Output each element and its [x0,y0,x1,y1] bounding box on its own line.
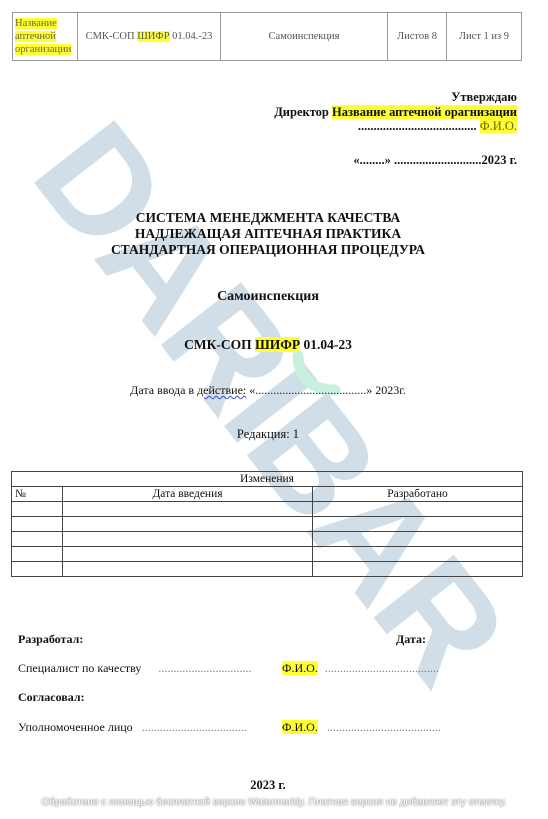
agreed-label: Согласовал: [18,690,85,705]
director-label: Директор [274,105,329,119]
agreed-date-dots: ...................................... [327,720,441,734]
cell[interactable] [313,532,523,547]
developed-label: Разработал: [18,632,83,647]
developer-signature-dots: ............................... [158,661,251,675]
changes-table: Изменения № Дата введения Разработано [11,471,523,577]
cell[interactable] [63,547,313,562]
cell[interactable] [63,562,313,577]
cell[interactable] [313,517,523,532]
org-name-highlight: Название аптечной организации [15,18,71,55]
title-line-1: СИСТЕМА МЕНЕДЖМЕНТА КАЧЕСТВА [0,210,536,226]
system-title: СИСТЕМА МЕНЕДЖМЕНТА КАЧЕСТВА НАДЛЕЖАЩАЯ … [0,210,536,258]
title-line-3: СТАНДАРТНАЯ ОПЕРАЦИОННАЯ ПРОЦЕДУРА [0,242,536,258]
document-header-table: Название аптечной организации СМК-СОП ШИ… [12,12,522,61]
agreed-role: Уполномоченное лицо [18,720,133,734]
director-fio: Ф.И.О. [480,119,517,133]
table-row [12,502,523,517]
code-prefix: СМК-СОП [86,31,135,42]
director-org-name: Название аптечной орагнизации [332,105,517,119]
watermarkly-note: Обработано с помощью бесплатной версии W… [0,797,548,808]
approval-date: «........» ............................2… [274,153,517,168]
signature-dots: ...................................... [358,119,477,133]
director-signature-line: ...................................... Ф… [274,119,517,134]
cell[interactable] [12,562,63,577]
approve-label: Утверждаю [274,90,517,105]
sheet-of-cell: Лист 1 из 9 [447,13,522,61]
approval-block: Утверждаю Директор Название аптечной ора… [274,90,517,167]
column-header-number: № [12,487,63,502]
cell[interactable] [313,562,523,577]
cell[interactable] [63,502,313,517]
table-row [12,562,523,577]
effective-date-line: Дата ввода в действие: «................… [0,383,536,398]
developer-fio-row: Ф.И.О. .................................… [282,661,439,676]
cell[interactable] [313,502,523,517]
cell[interactable] [12,517,63,532]
watermark-text: DARIBAR [3,93,537,711]
doc-code-suffix: 01.04-23 [304,337,352,352]
spellcheck-word: действие: [197,383,246,397]
cell[interactable] [12,547,63,562]
developer-row: Специалист по качеству .................… [18,661,251,676]
agreed-fio-row: Ф.И.О. .................................… [282,720,441,735]
revision-label: Редакция: 1 [0,427,536,442]
org-name-cell: Название аптечной организации [13,13,78,61]
cell[interactable] [12,532,63,547]
cell[interactable] [12,502,63,517]
column-header-developed: Разработано [313,487,523,502]
developer-role: Специалист по качеству [18,661,141,675]
cell[interactable] [63,532,313,547]
document-code: СМК-СОП ШИФР 01.04-23 [0,337,536,353]
cell[interactable] [63,517,313,532]
agreed-fio: Ф.И.О. [282,720,318,734]
doc-code-cell: СМК-СОП ШИФР 01.04.-23 [78,13,221,61]
sheets-count-cell: Листов 8 [388,13,447,61]
effective-date-value: «.....................................» … [249,383,406,397]
table-row [12,547,523,562]
agreed-row: Уполномоченное лицо ....................… [18,720,247,735]
table-row [12,517,523,532]
doc-code-highlight: ШИФР [255,337,300,352]
developer-fio: Ф.И.О. [282,661,318,675]
doc-code-prefix: СМК-СОП [184,337,252,352]
document-year: 2023 г. [0,778,536,793]
director-line: Директор Название аптечной орагнизации [274,105,517,120]
effective-date-label: Дата ввода в [130,383,197,397]
agreed-signature-dots: ................................... [142,720,247,734]
code-suffix: 01.04.-23 [172,31,212,42]
doc-title-cell: Самоинспекция [221,13,388,61]
column-header-date: Дата введения [63,487,313,502]
title-line-2: НАДЛЕЖАЩАЯ АПТЕЧНАЯ ПРАКТИКА [0,226,536,242]
developer-date-dots: ...................................... [325,661,439,675]
table-row [12,532,523,547]
changes-table-title: Изменения [12,472,523,487]
code-highlight: ШИФР [137,31,169,42]
date-label: Дата: [396,632,426,647]
cell[interactable] [313,547,523,562]
document-subject: Самоинспекция [0,289,536,305]
